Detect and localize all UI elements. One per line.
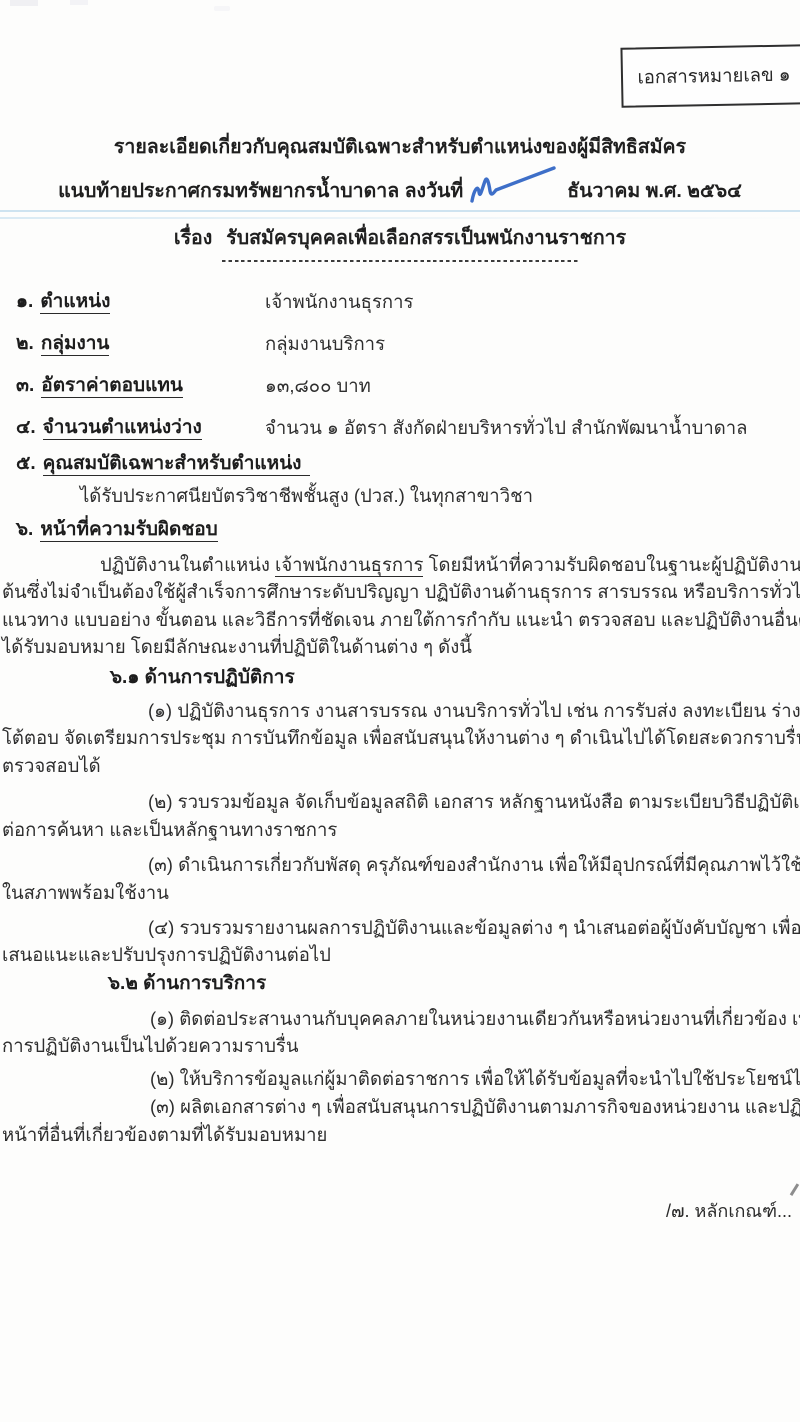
- duty-item-line: (๒) รวบรวมข้อมูล จัดเก็บข้อมูลสถิติ เอกส…: [148, 788, 800, 816]
- item-number: ๓.: [16, 375, 34, 396]
- pen-scribble-mark: [464, 163, 562, 209]
- item-label: ตำแหน่ง: [40, 291, 110, 314]
- item-number: ๔.: [16, 417, 36, 438]
- attachment-line: แนบท้ายประกาศกรมทรัพยากรน้ำบาดาล ลงวันที…: [0, 175, 800, 206]
- scanned-document-page: { "doc_tag": { "label": "เอกสารหมายเลข ๑…: [0, 0, 800, 1422]
- duties-intro-line: ได้รับมอบหมาย โดยมีลักษณะงานที่ปฏิบัติใน…: [2, 633, 472, 661]
- item-row-qualifications: ๕.คุณสมบัติเฉพาะสำหรับตำแหน่ง: [16, 450, 800, 478]
- scan-edge-mark: [790, 1183, 799, 1195]
- duty-item-line: หน้าที่อื่นที่เกี่ยวข้องตามที่ได้รับมอบห…: [2, 1121, 327, 1149]
- item-value: ๑๓,๘๐๐ บาท: [265, 372, 371, 400]
- duties-intro-line: ต้นซึ่งไม่จำเป็นต้องใช้ผู้สำเร็จการศึกษา…: [2, 578, 800, 606]
- item-number: ๕.: [16, 453, 36, 474]
- duties-intro-post: โดยมีหน้าที่ความรับผิดชอบในฐานะผู้ปฏิบัต…: [423, 554, 800, 575]
- duties-intro-pre: ปฏิบัติงานในตำแหน่ง: [100, 554, 275, 575]
- item-row-vacancies: ๔.จำนวนตำแหน่งว่าง จำนวน ๑ อัตรา สังกัดฝ…: [16, 414, 800, 442]
- duty-item-line: (๑) ติดต่อประสานงานกับบุคคลภายในหน่วยงาน…: [150, 1005, 800, 1033]
- item-number: ๖.: [16, 519, 33, 540]
- duty-item-line: โต้ตอบ จัดเตรียมการประชุม การบันทึกข้อมู…: [2, 724, 800, 752]
- document-number-label: เอกสารหมายเลข ๑: [637, 60, 791, 92]
- item-number: ๒.: [16, 333, 34, 354]
- item-label: จำนวนตำแหน่งว่าง: [43, 417, 202, 440]
- scan-smudge: [214, 6, 230, 11]
- item-label: คุณสมบัติเฉพาะสำหรับตำแหน่ง: [43, 453, 311, 476]
- scan-line-artifact: [0, 210, 800, 212]
- attachment-line-pre: แนบท้ายประกาศกรมทรัพยากรน้ำบาดาล ลงวันที…: [58, 175, 463, 206]
- duties-intro-position-underlined: เจ้าพนักงานธุรการ: [275, 554, 423, 577]
- item-value: กลุ่มงานบริการ: [265, 330, 385, 358]
- page-title: รายละเอียดเกี่ยวกับคุณสมบัติเฉพาะสำหรับต…: [0, 131, 800, 162]
- duty-item-line: เสนอแนะและปรับปรุงการปฏิบัติงานต่อไป: [2, 941, 331, 969]
- subject-label: เรื่อง: [174, 227, 212, 249]
- item-number: ๑.: [16, 291, 33, 312]
- duty-item-line: (๒) ให้บริการข้อมูลแก่ผู้มาติดต่อราชการ …: [150, 1065, 800, 1093]
- dashed-divider: [222, 260, 578, 262]
- duty-item-line: (๓) ดำเนินการเกี่ยวกับพัสดุ ครุภัณฑ์ของส…: [148, 851, 800, 879]
- attachment-line-post: ธันวาคม พ.ศ. ๒๕๖๔: [567, 175, 742, 206]
- duty-item-line: การปฏิบัติงานเป็นไปด้วยความราบรื่น: [2, 1032, 299, 1060]
- item-row-duties: ๖.หน้าที่ความรับผิดชอบ: [16, 516, 800, 544]
- next-page-note: /๗. หลักเกณฑ์...: [666, 1196, 792, 1225]
- section-heading-6-1: ๖.๑ ด้านการปฏิบัติการ: [110, 664, 295, 692]
- duty-item-line: ในสภาพพร้อมใช้งาน: [2, 879, 169, 907]
- duty-item-line: (๑) ปฏิบัติงานธุรการ งานสารบรรณ งานบริกา…: [148, 697, 800, 725]
- item-row-workgroup: ๒.กลุ่มงาน กลุ่มงานบริการ: [16, 330, 800, 358]
- duties-intro-line: แนวทาง แบบอย่าง ขั้นตอน และวิธีการที่ชัด…: [2, 606, 800, 634]
- duty-item-line: (๓) ผลิตเอกสารต่าง ๆ เพื่อสนับสนุนการปฏิ…: [150, 1093, 800, 1121]
- duties-intro-line: ปฏิบัติงานในตำแหน่ง เจ้าพนักงานธุรการ โด…: [100, 551, 800, 579]
- item-label: อัตราค่าตอบแทน: [41, 375, 183, 398]
- duty-item-line: ต่อการค้นหา และเป็นหลักฐานทางราชการ: [2, 816, 337, 844]
- duty-item-line: ตรวจสอบได้: [2, 752, 101, 780]
- item-label: หน้าที่ความรับผิดชอบ: [40, 519, 217, 542]
- document-number-box: เอกสารหมายเลข ๑: [620, 44, 800, 108]
- scan-line-artifact: [0, 217, 800, 219]
- item-row-salary: ๓.อัตราค่าตอบแทน ๑๓,๘๐๐ บาท: [16, 372, 800, 400]
- item-value: เจ้าพนักงานธุรการ: [265, 288, 413, 316]
- subject-text: รับสมัครบุคคลเพื่อเลือกสรรเป็นพนักงานราช…: [226, 227, 626, 249]
- item-value: จำนวน ๑ อัตรา สังกัดฝ่ายบริหารทั่วไป สำน…: [265, 414, 747, 442]
- scan-smudge: [70, 0, 88, 5]
- qualification-text: ได้รับประกาศนียบัตรวิชาชีพชั้นสูง (ปวส.)…: [80, 482, 533, 510]
- scan-smudge: [10, 0, 38, 6]
- item-label: กลุ่มงาน: [41, 333, 110, 356]
- section-heading-6-2: ๖.๒ ด้านการบริการ: [108, 970, 266, 998]
- duty-item-line: (๔) รวบรวมรายงานผลการปฏิบัติงานและข้อมูล…: [148, 914, 800, 942]
- item-row-position: ๑.ตำแหน่ง เจ้าพนักงานธุรการ: [16, 288, 800, 316]
- subject-line: เรื่องรับสมัครบุคคลเพื่อเลือกสรรเป็นพนัก…: [0, 222, 800, 253]
